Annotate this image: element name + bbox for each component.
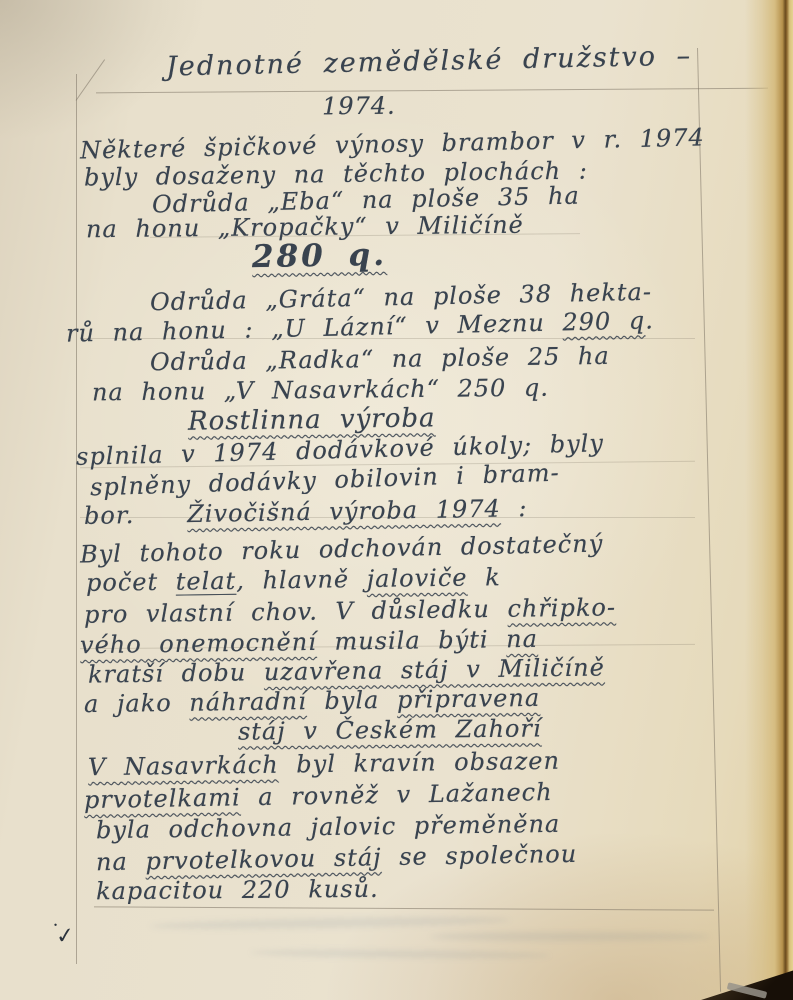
- text-segment: na: [506, 625, 538, 653]
- text-segment: a rovněž v Lažanech: [240, 778, 552, 811]
- page-title: Jednotné zemědělské družstvo –: [166, 40, 693, 82]
- check-mark: ✓: [55, 923, 76, 950]
- text-segment: 290 q: [562, 307, 645, 337]
- text-segment: kapacitou 220 kusů.: [96, 875, 379, 905]
- handwritten-line: Byl tohoto roku odchován dostatečný: [80, 530, 604, 569]
- handwritten-line: kapacitou 220 kusů.: [96, 875, 379, 905]
- text-segment: prvotelkami: [84, 783, 241, 814]
- text-segment: telat: [176, 567, 237, 596]
- handwritten-line: byla odchovna jalovic přeměněna: [96, 810, 561, 844]
- text-segment: pro vlastní chov. V důsledku: [84, 595, 508, 629]
- text-segment: byl kravín obsazen: [278, 747, 560, 779]
- text-segment: prvotelkovou stáj: [145, 843, 382, 875]
- text-segment: Odrůda „Radka“ na ploše 25 ha: [150, 342, 610, 376]
- text-segment: byla odchovna jalovic přeměněna: [96, 810, 561, 844]
- text-segment: V Nasavrkách: [88, 751, 279, 782]
- heading-rostlinna-vyroba: Rostlinna výroba: [188, 403, 436, 436]
- pencil-frame-bottom: [94, 906, 714, 910]
- text-segment: připravena: [397, 684, 541, 714]
- text-segment: bor.: [84, 500, 188, 530]
- text-segment: musila býti: [317, 625, 507, 656]
- text-segment: se společnou: [381, 840, 577, 871]
- text-segment: uzavřena stáj v Miličíně: [264, 653, 605, 686]
- text-segment: ✓: [55, 923, 76, 950]
- text-segment: počet: [86, 568, 176, 597]
- handwritten-line: V Nasavrkách byl kravín obsazen: [88, 747, 560, 782]
- pencil-frame-top: [96, 88, 768, 94]
- handwritten-line: počet telat, hlavně jaloviče k: [86, 563, 501, 597]
- text-segment: :: [501, 494, 528, 522]
- pencil-frame-left: [76, 74, 77, 964]
- text-segment: Živočišná výroba 1974: [187, 495, 501, 528]
- pencil-frame-corner: [76, 59, 105, 101]
- text-segment: Jednotné zemědělské družstvo –: [166, 40, 693, 82]
- scanned-chronicle-page: Jednotné zemědělské družstvo – 1974. Něk…: [0, 0, 793, 1000]
- handwritten-line: stáj v Českém Zahoří: [238, 714, 542, 745]
- pencil-frame-right: [697, 48, 721, 992]
- handwritten-line: na honu „V Nasavrkách“ 250 q.: [92, 374, 549, 407]
- page-year: 1974.: [322, 92, 396, 121]
- handwritten-line: prvotelkami a rovněž v Lažanech: [84, 778, 553, 814]
- text-segment: vého onemocnění: [80, 628, 317, 659]
- text-segment: , hlavně: [236, 565, 367, 595]
- handwritten-line: Odrůda „Radka“ na ploše 25 ha: [150, 342, 610, 376]
- text-segment: Rostlinna výroba: [188, 403, 436, 436]
- handwritten-line: pro vlastní chov. V důsledku chřipko-: [84, 593, 616, 628]
- text-segment: na: [96, 847, 146, 876]
- yield-highlight-280q: 280 q.: [252, 237, 388, 275]
- text-segment: stáj v Českém Zahoří: [238, 714, 542, 745]
- text-segment: Byl tohoto roku odchován dostatečný: [80, 530, 604, 569]
- text-segment: byla: [307, 686, 398, 715]
- ink-bleed-smudge: [250, 948, 550, 959]
- text-segment: chřipko-: [507, 593, 616, 623]
- text-segment: 1974.: [322, 92, 396, 121]
- text-segment: .: [645, 306, 654, 334]
- text-segment: náhradní: [189, 687, 307, 717]
- book-page-edge: [745, 0, 793, 1000]
- text-segment: na honu „V Nasavrkách“ 250 q.: [92, 374, 549, 407]
- text-segment: rů na honu : „U Lázní“ v Meznu: [66, 308, 563, 347]
- handwritten-line: vého onemocnění musila býti na: [80, 625, 538, 659]
- text-segment: a jako: [84, 689, 190, 718]
- handwritten-line: na prvotelkovou stáj se společnou: [96, 840, 578, 876]
- text-segment: jaloviče: [367, 564, 468, 593]
- ink-bleed-smudge: [150, 915, 510, 931]
- ink-bleed-smudge: [430, 932, 710, 941]
- text-segment: kratší dobu: [88, 658, 264, 688]
- text-segment: k: [467, 563, 501, 591]
- handwritten-line: a jako náhradní byla připravena: [84, 684, 541, 718]
- text-segment: 280 q.: [252, 237, 388, 275]
